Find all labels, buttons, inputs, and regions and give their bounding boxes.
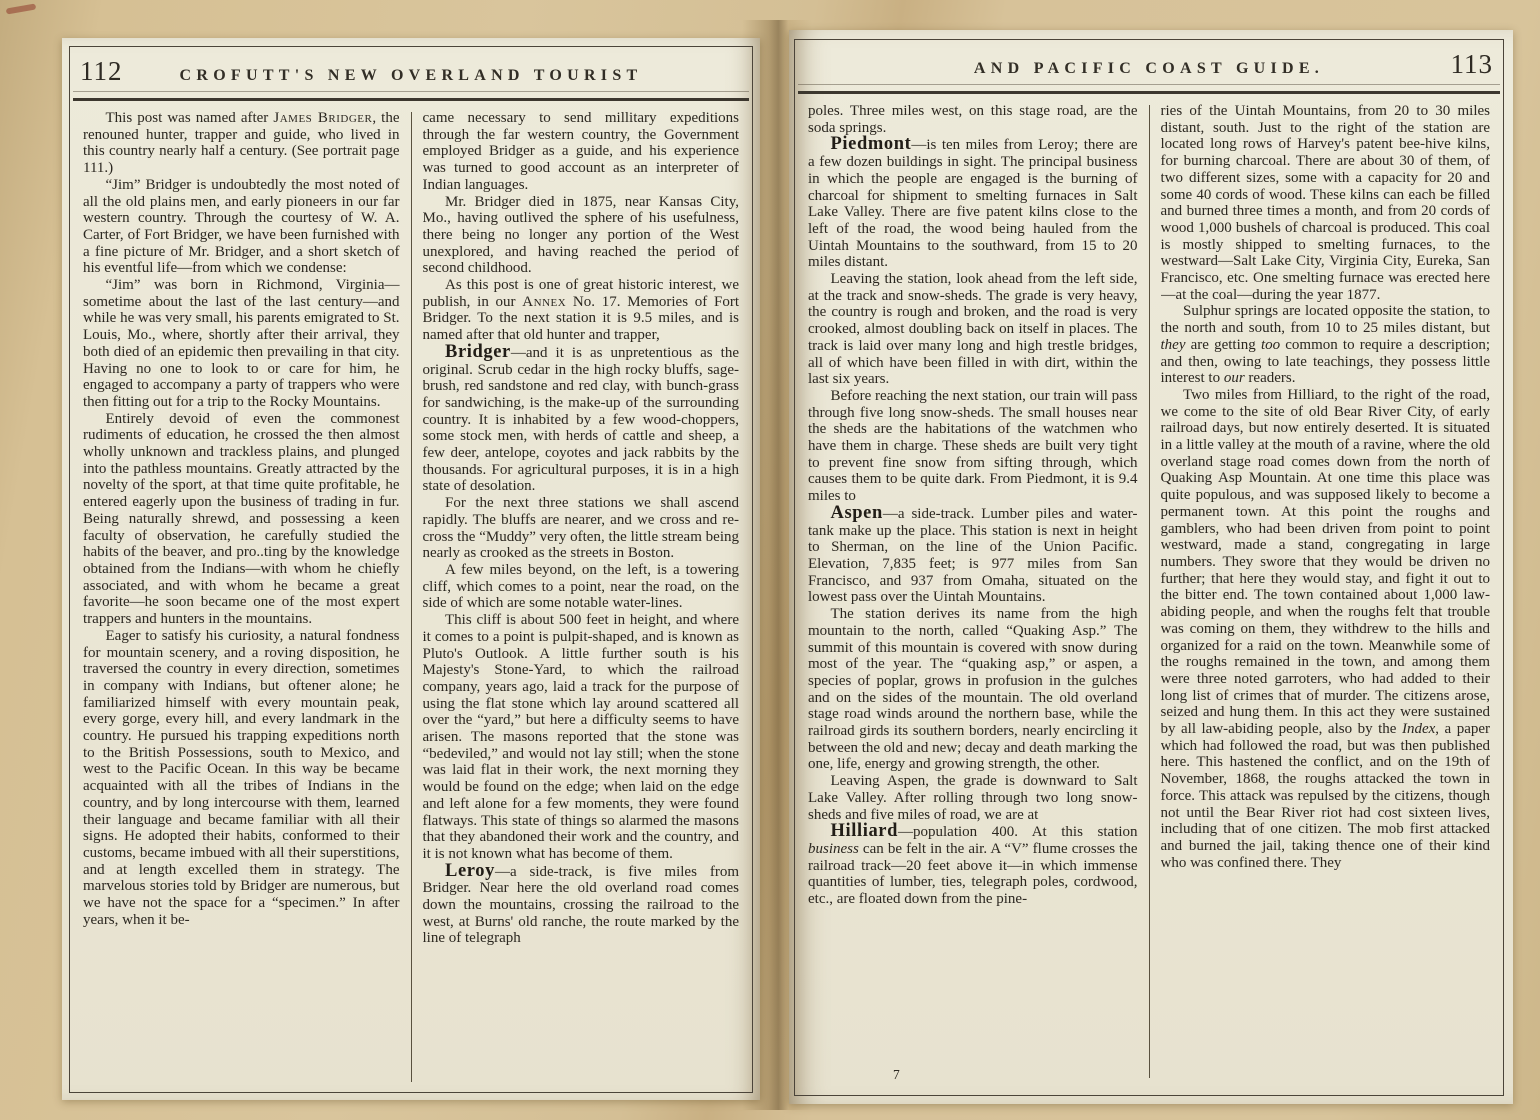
paragraph: For the next three stations we shall asc… [423,495,740,562]
running-title-left: CROFUTT'S NEW OVERLAND TOURIST [160,67,662,85]
page-113: AND PACIFIC COAST GUIDE. 113 poles. Thre… [789,30,1513,1104]
paragraph: The station derives its name from the hi… [808,606,1138,773]
paragraph: This cliff is about 500 feet in height, … [423,612,740,863]
styled-text: Index [1402,721,1435,737]
paragraph: Leaving the station, look ahead from the… [808,271,1138,388]
paragraph: Sulphur springs are located opposite the… [1161,303,1491,387]
paragraph: Bridger—and it is as unpretentious as th… [423,344,740,495]
page-number-right: 113 [1413,49,1493,80]
left-page-column-1: This post was named after James Bridger,… [83,110,400,1082]
page-112-header: 112 CROFUTT'S NEW OVERLAND TOURIST [70,47,752,89]
page-number-left: 112 [80,56,160,87]
styled-text: James Bridger [273,110,372,126]
page-113-header: AND PACIFIC COAST GUIDE. 113 [795,40,1503,82]
paragraph: A few miles beyond, on the left, is a to… [423,562,740,612]
styled-text: Annex [522,294,566,310]
station-name: Hilliard [831,821,899,841]
paragraph: Hilliard—population 400. At this station… [808,823,1138,908]
page-112-frame: 112 CROFUTT'S NEW OVERLAND TOURIST This … [69,46,753,1093]
paragraph: came necessary to send millitary expedit… [423,110,740,194]
running-title-right: AND PACIFIC COAST GUIDE. [885,60,1413,78]
paragraph: Before reaching the next station, our tr… [808,388,1138,505]
styled-text: our [1224,370,1245,386]
station-name: Bridger [445,342,511,362]
paragraph: Aspen—a side-track. Lumber piles and wat… [808,505,1138,606]
station-name: Aspen [831,503,883,523]
page-113-frame: AND PACIFIC COAST GUIDE. 113 poles. Thre… [794,39,1504,1096]
column-rule-left [411,112,412,1082]
paragraph: Leaving Aspen, the grade is downward to … [808,773,1138,823]
paragraph: Two miles from Hilliard, to the right of… [1161,387,1491,871]
paragraph: Leroy—a side-track, is five miles from B… [423,863,740,948]
station-name: Leroy [445,861,495,881]
page-112-columns: This post was named after James Bridger,… [70,101,752,1082]
right-page-column-2: ries of the Uintah Mountains, from 20 to… [1161,103,1491,1078]
station-name: Piedmont [831,134,912,154]
header-rule-left [73,91,749,101]
column-rule-right [1149,105,1150,1078]
paragraph: Eager to satisfy his curiosity, a natura… [83,628,400,929]
book-spread: 112 CROFUTT'S NEW OVERLAND TOURIST This … [0,0,1540,1120]
styled-text: business [808,841,859,857]
paragraph: Mr. Bridger died in 1875, near Kansas Ci… [423,194,740,278]
styled-text: too [1261,337,1280,353]
page-112: 112 CROFUTT'S NEW OVERLAND TOURIST This … [62,38,760,1100]
right-page-column-1: poles. Three miles west, on this stage r… [808,103,1138,1078]
paragraph: Piedmont—is ten miles from Leroy; there … [808,136,1138,271]
paragraph: “Jim” Bridger is undoubtedly the most no… [83,177,400,277]
page-113-columns: poles. Three miles west, on this stage r… [795,94,1503,1078]
header-rule-right [798,84,1500,94]
paragraph: As this post is one of great historic in… [423,277,740,344]
paragraph: This post was named after James Bridger,… [83,110,400,177]
paragraph: “Jim” was born in Richmond, Virginia—som… [83,277,400,411]
left-page-column-2: came necessary to send millitary expedit… [423,110,740,1082]
paragraph: poles. Three miles west, on this stage r… [808,103,1138,136]
signature-mark: 7 [893,1067,900,1083]
cover-edge-mark [6,3,37,14]
paragraph: ries of the Uintah Mountains, from 20 to… [1161,103,1491,303]
paragraph: Entirely devoid of even the commonest ru… [83,411,400,628]
styled-text: they [1161,337,1186,353]
